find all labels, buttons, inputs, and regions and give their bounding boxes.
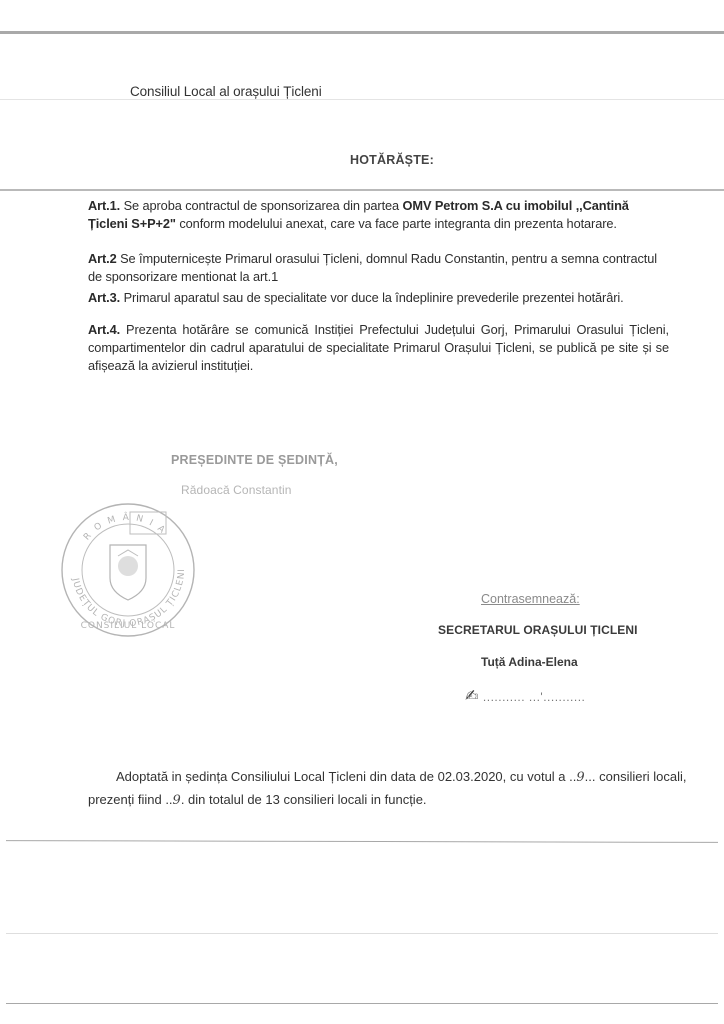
article-text: Primarul aparatul sau de specialitate vo…	[120, 290, 623, 305]
article-1: Art.1. Se aproba contractul de sponsoriz…	[88, 197, 668, 233]
official-stamp-icon: R O M Â N I A JUDEȚUL GORJ ORAȘUL ȚICLEN…	[58, 500, 198, 640]
scan-border-top	[0, 31, 724, 34]
pen-signature-icon: ✍	[465, 688, 479, 705]
countersign-label: Contrasemnează:	[481, 592, 580, 606]
article-text: Prezenta hotărâre se comunică Instiției …	[88, 322, 669, 373]
article-4: Art.4. Prezenta hotărâre se comunică Ins…	[88, 321, 669, 375]
scan-line	[0, 99, 724, 100]
svg-text:CONSILIUL LOCAL: CONSILIUL LOCAL	[81, 621, 176, 631]
secretary-name: Tuță Adina-Elena	[481, 655, 578, 669]
article-text: conform modelului anexat, care va face p…	[176, 216, 617, 231]
president-title: PREȘEDINTE DE ȘEDINȚĂ,	[171, 453, 338, 467]
votes-for-handwritten: 9	[576, 770, 584, 785]
article-text: Se împuternicește Primarul orasului Țicl…	[88, 251, 657, 284]
signature-line: ✍........... ...'...........	[465, 686, 585, 706]
article-3: Art.3. Primarul aparatul sau de speciali…	[88, 289, 668, 307]
signature-dots: ........... ...'...........	[483, 690, 585, 704]
adoption-date: 02.03.2020	[438, 769, 503, 784]
article-label: Art.2	[88, 251, 117, 266]
scan-line	[6, 840, 718, 843]
article-text: Se aproba contractul de sponsorizarea di…	[120, 198, 402, 213]
article-label: Art.4.	[88, 322, 120, 337]
president-name: Rădoacă Constantin	[181, 483, 292, 497]
decision-heading: HOTĂRĂȘTE:	[350, 153, 434, 167]
article-label: Art.1.	[88, 198, 120, 213]
council-header: Consiliul Local al orașului Țicleni	[130, 84, 322, 99]
article-2: Art.2 Se împuternicește Primarul orasulu…	[88, 250, 668, 286]
scan-line	[6, 1003, 718, 1004]
svg-text:JUDEȚUL GORJ ORAȘUL ȚICLENI: JUDEȚUL GORJ ORAȘUL ȚICLENI	[70, 568, 188, 629]
scan-line	[6, 933, 718, 934]
total-councillors: 13	[265, 792, 279, 807]
secretary-title: SECRETARUL ORAȘULUI ȚICLENI	[438, 623, 638, 637]
article-label: Art.3.	[88, 290, 120, 305]
adoption-statement: Adoptată in ședința Consiliului Local Ți…	[88, 766, 688, 812]
scan-line	[0, 189, 724, 191]
present-count-handwritten: 9	[173, 793, 181, 808]
